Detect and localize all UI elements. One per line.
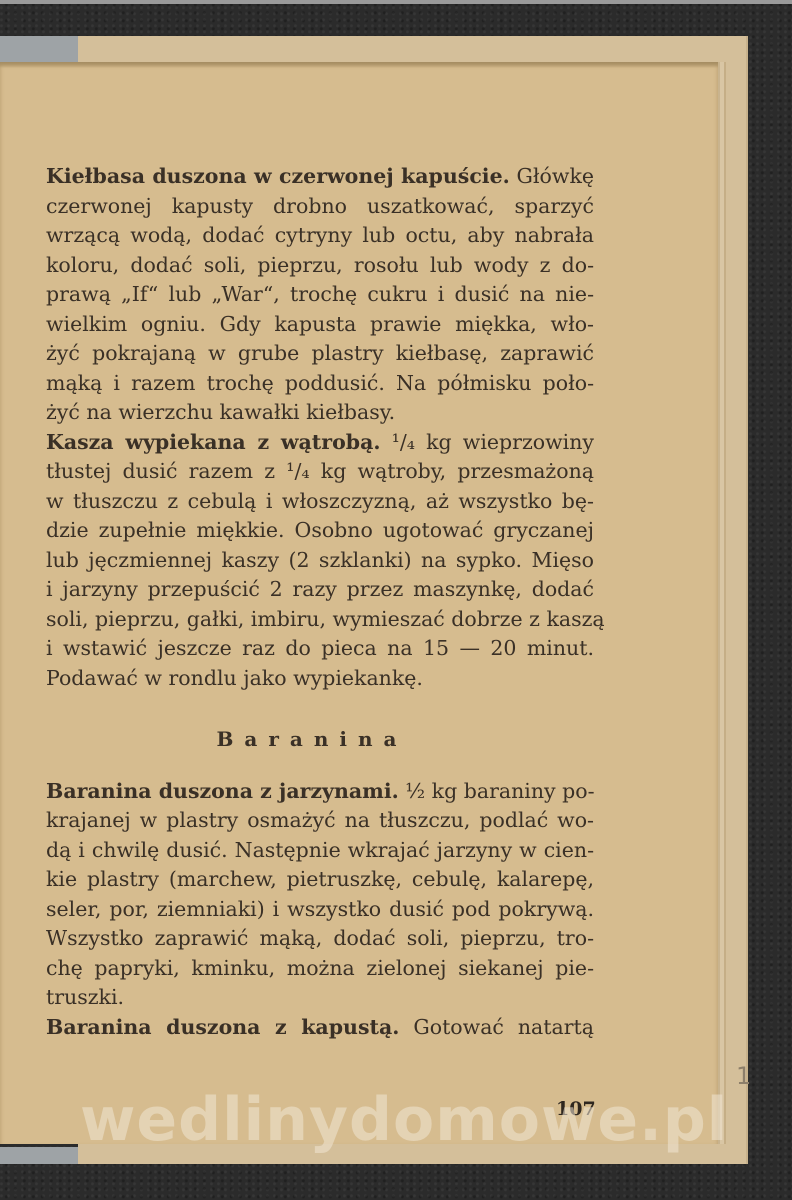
section-heading: Baranina xyxy=(30,725,594,755)
cloth-binding-bottom xyxy=(0,1147,80,1164)
recipe-title: Kasza wypiekana z wątrobą. xyxy=(46,430,381,454)
recipe-kasza: Kasza wypiekana z wątrobą. ¹/₄ kg wieprz… xyxy=(30,428,594,694)
scan-top-edge xyxy=(0,0,792,4)
watermark: wedlinydomowe.pl xyxy=(80,1085,720,1155)
recipe-baranina-jarzyny: Baranina duszona z jarzynami. ½ kg baran… xyxy=(30,777,594,1013)
cloth-binding-top xyxy=(0,36,80,62)
recipe-title: Kiełbasa duszona w czerwonej kapuście. xyxy=(46,164,510,188)
recipe-title: Baranina duszona z jarzynami. xyxy=(46,779,399,803)
recipe-title: Baranina duszona z kapustą. xyxy=(46,1015,399,1039)
recipe-baranina-kapusta: Baranina duszona z kapustą. Gotować nata… xyxy=(30,1013,594,1043)
recipe-kielbasa: Kiełbasa duszona w czerwonej kapuście. G… xyxy=(30,162,594,428)
page-text: Kiełbasa duszona w czerwonej kapuście. G… xyxy=(30,162,594,1042)
book-page: Kiełbasa duszona w czerwonej kapuście. G… xyxy=(0,62,718,1144)
pencil-mark: 1 xyxy=(736,1062,751,1090)
